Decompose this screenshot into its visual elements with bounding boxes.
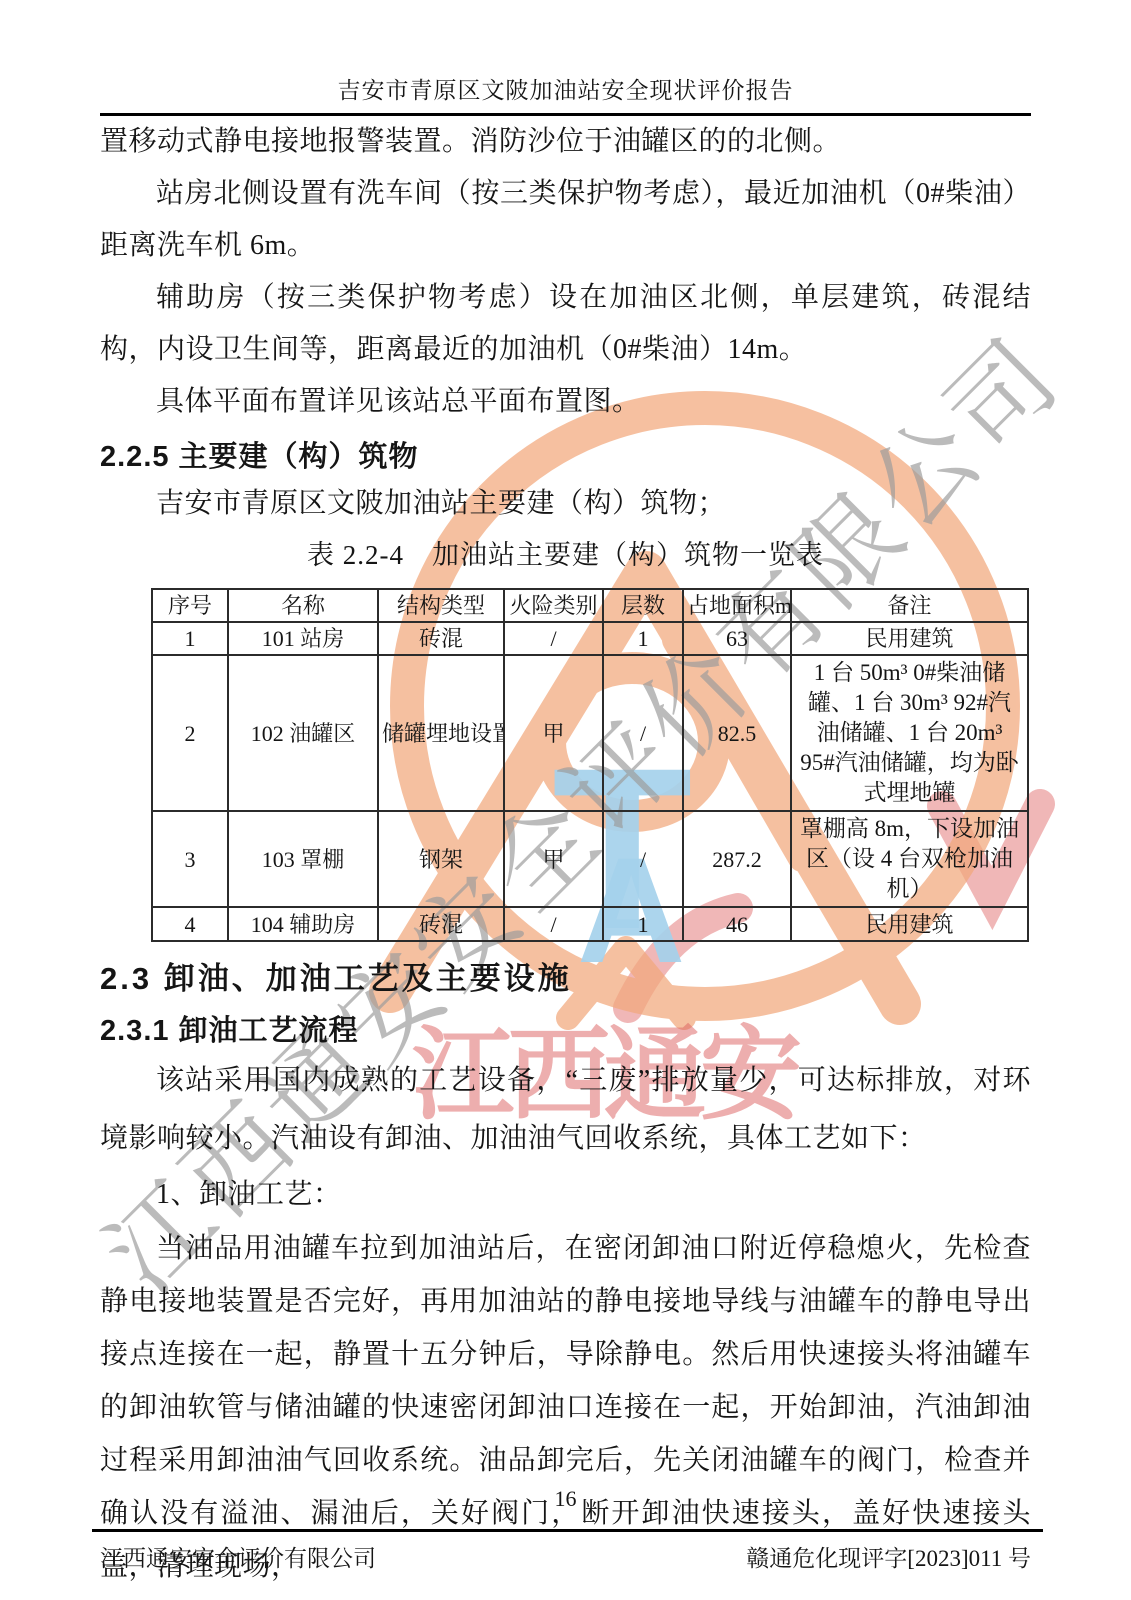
paragraph-unloading-label: 1、卸油工艺：	[100, 1168, 1031, 1222]
document-page: T A 江西通安安全评价有限公司 江西通安 吉安市青原区文陂加油站安全现状评价报…	[0, 0, 1131, 1600]
section-heading-2-3: 2.3 卸油、加油工艺及主要设施	[100, 956, 1031, 1002]
column-header-fire-class: 火险类别	[504, 589, 603, 622]
paragraph-unloading-process: 当油品用油罐车拉到加油站后，在密闭卸油口附近停稳熄火，先检查静电接地装置是否完好…	[100, 1222, 1031, 1593]
table-row: 4 104 辅助房 砖混 / 1 46 民用建筑	[152, 907, 1028, 941]
page-content: 吉安市青原区文陂加油站安全现状评价报告 置移动式静电接地报警装置。消防沙位于油罐…	[100, 0, 1031, 1593]
column-header-area: 占地面积m²	[683, 589, 791, 622]
footer-rule	[92, 1529, 1043, 1532]
paragraph-layout-plan: 具体平面布置详见该站总平面布置图。	[100, 376, 1031, 428]
table-cell: 砖混	[378, 622, 504, 655]
table-cell: 4	[152, 907, 228, 941]
column-header-name: 名称	[228, 589, 378, 622]
table-cell-remark: 民用建筑	[791, 907, 1028, 941]
table-cell: /	[504, 907, 603, 941]
table-cell: 46	[683, 907, 791, 941]
table-header-row: 序号 名称 结构类型 火险类别 层数 占地面积m² 备注	[152, 589, 1028, 622]
table-cell: 101 站房	[228, 622, 378, 655]
table-cell: 钢架	[378, 811, 504, 907]
column-header-remark: 备注	[791, 589, 1028, 622]
table-cell: 储罐埋地设置	[378, 655, 504, 811]
page-number: 16	[0, 1486, 1131, 1512]
buildings-table: 序号 名称 结构类型 火险类别 层数 占地面积m² 备注 1 101 站房 砖混…	[151, 588, 1029, 942]
report-header-title: 吉安市青原区文陂加油站安全现状评价报告	[100, 0, 1031, 105]
column-header-structure: 结构类型	[378, 589, 504, 622]
column-header-index: 序号	[152, 589, 228, 622]
table-cell: 甲	[504, 655, 603, 811]
table-row: 2 102 油罐区 储罐埋地设置 甲 / 82.5 1 台 50m³ 0#柴油储…	[152, 655, 1028, 811]
table-cell: 102 油罐区	[228, 655, 378, 811]
table-cell: 104 辅助房	[228, 907, 378, 941]
table-cell: /	[504, 622, 603, 655]
table-cell: 103 罩棚	[228, 811, 378, 907]
table-cell-remark: 罩棚高 8m，下设加油区（设 4 台双枪加油机）	[791, 811, 1028, 907]
section-heading-2-2-5: 2.2.5 主要建（构）筑物	[100, 436, 1031, 478]
table-cell-remark: 1 台 50m³ 0#柴油储罐、1 台 30m³ 92#汽油储罐、1 台 20m…	[791, 655, 1028, 811]
column-header-floors: 层数	[603, 589, 683, 622]
table-caption: 表 2.2-4 加油站主要建（构）筑物一览表	[100, 534, 1031, 576]
table-cell: 砖混	[378, 907, 504, 941]
table-cell: 287.2	[683, 811, 791, 907]
table-cell: /	[603, 655, 683, 811]
footer-document-number: 赣通危化现评字[2023]011 号	[746, 1540, 1031, 1573]
table-cell: 82.5	[683, 655, 791, 811]
paragraph-wash-bay: 站房北侧设置有洗车间（按三类保护物考虑），最近加油机（0#柴油）距离洗车机 6m…	[100, 168, 1031, 272]
table-row: 3 103 罩棚 钢架 甲 / 287.2 罩棚高 8m，下设加油区（设 4 台…	[152, 811, 1028, 907]
table-cell: /	[603, 811, 683, 907]
section-heading-2-3-1: 2.3.1 卸油工艺流程	[100, 1010, 1031, 1052]
paragraph-buildings-intro: 吉安市青原区文陂加油站主要建（构）筑物；	[100, 478, 1031, 530]
table-cell: 甲	[504, 811, 603, 907]
paragraph-process-intro: 该站采用国内成熟的工艺设备，“三废”排放量少，可达标排放，对环境影响较小。汽油设…	[100, 1052, 1031, 1168]
table-cell: 63	[683, 622, 791, 655]
paragraph-continuation: 置移动式静电接地报警装置。消防沙位于油罐区的的北侧。	[100, 116, 1031, 168]
table-cell: 1	[603, 907, 683, 941]
table-row: 1 101 站房 砖混 / 1 63 民用建筑	[152, 622, 1028, 655]
table-cell: 1	[603, 622, 683, 655]
table-cell: 2	[152, 655, 228, 811]
table-cell: 民用建筑	[791, 622, 1028, 655]
table-cell: 3	[152, 811, 228, 907]
table-cell: 1	[152, 622, 228, 655]
footer-company-name: 江西通安安全评价有限公司	[100, 1540, 376, 1573]
paragraph-auxiliary-room: 辅助房（按三类保护物考虑）设在加油区北侧，单层建筑，砖混结构，内设卫生间等，距离…	[100, 272, 1031, 376]
